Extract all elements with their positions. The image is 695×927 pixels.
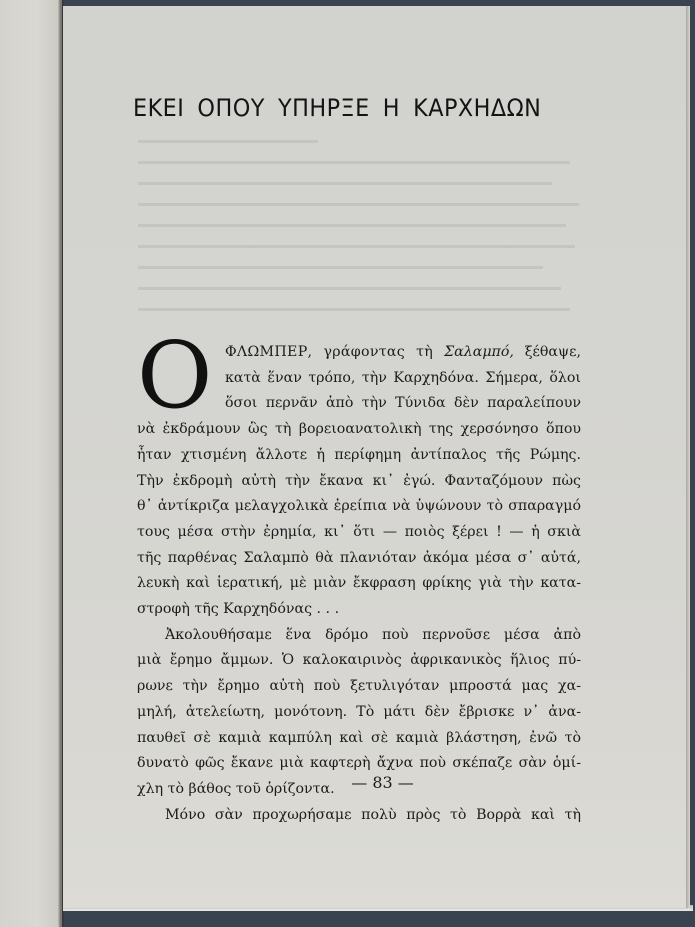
text-line-8: τους μέσα στὴν ἐρημία, κι᾿ ὅτι — ποιὸς ξ… (137, 520, 581, 546)
text-line-1: ΦΛΩΜΠΕΡ, γράφοντας τὴ Σαλαμπό, ξέθαψε, (225, 340, 581, 366)
bleed-through-text (138, 140, 588, 330)
text-line-14: ρωνε τὴν ἔρημο αὐτὴ ποὺ ξετυλιγόταν μπρο… (137, 674, 581, 700)
text-line-16: παυθεῖ σὲ καμιὰ καμπύλη καὶ σὲ καμιὰ βλά… (137, 726, 581, 752)
text-line-10: λευκὴ καὶ ἱερατική, μὲ μιὰν ἔκφραση φρίκ… (137, 571, 581, 597)
text-line-3: ὅσοι περνᾶν ἀπὸ τὴν Τύνιδα δὲν παραλείπο… (225, 391, 581, 417)
text-line-12: Ἀκολουθήσαμε ἕνα δρόμο ποὺ περνοῦσε μέσα… (137, 623, 581, 649)
text-line-9: τῆς παρθένας Σαλαμπὸ θὰ πλανιόταν ἀκόμα … (137, 546, 581, 572)
text-line-11: στροφὴ τῆς Καρχηδόνας . . . (137, 597, 581, 623)
page-number: — 83 — (0, 773, 695, 792)
text-line-6: Τὴν ἐκδρομὴ αὐτὴ τὴν ἔκανα κι᾿ ἐγώ. Φαντ… (137, 469, 581, 495)
body-text: ΦΛΩΜΠΕΡ, γράφοντας τὴ Σαλαμπό, ξέθαψε, κ… (137, 340, 581, 828)
text-line-4: νὰ ἐκδράμουν ὣς τὴ βορειοανατολικὴ της χ… (137, 417, 581, 443)
text-line-5: ἦταν χτισμένη ἄλλοτε ἡ περίφημη ἀντίπαλο… (137, 443, 581, 469)
text-line-2: κατὰ ἕναν τρόπο, τὴν Καρχηδόνα. Σήμερα, … (225, 366, 581, 392)
text-line-19: Μόνο σὰν προχωρήσαμε πολὺ πρὸς τὸ Βορρὰ … (137, 803, 581, 829)
text-line-13: μιὰ ἔρημο ἄμμων. Ὁ καλοκαιρινὸς ἀφρικανι… (137, 648, 581, 674)
chapter-title: ΕΚΕΙ ΟΠΟΥ ΥΠΗΡΞΕ Η ΚΑΡΧΗΔΩΝ (133, 94, 552, 122)
text-line-7: θ᾿ ἀντίκριζα μελαγχολικὰ ἐρείπια νὰ ὑψών… (137, 494, 581, 520)
text-line-15: μηλή, ἀτελείωτη, μονότονη. Τὸ μάτι δὲν ἔ… (137, 700, 581, 726)
